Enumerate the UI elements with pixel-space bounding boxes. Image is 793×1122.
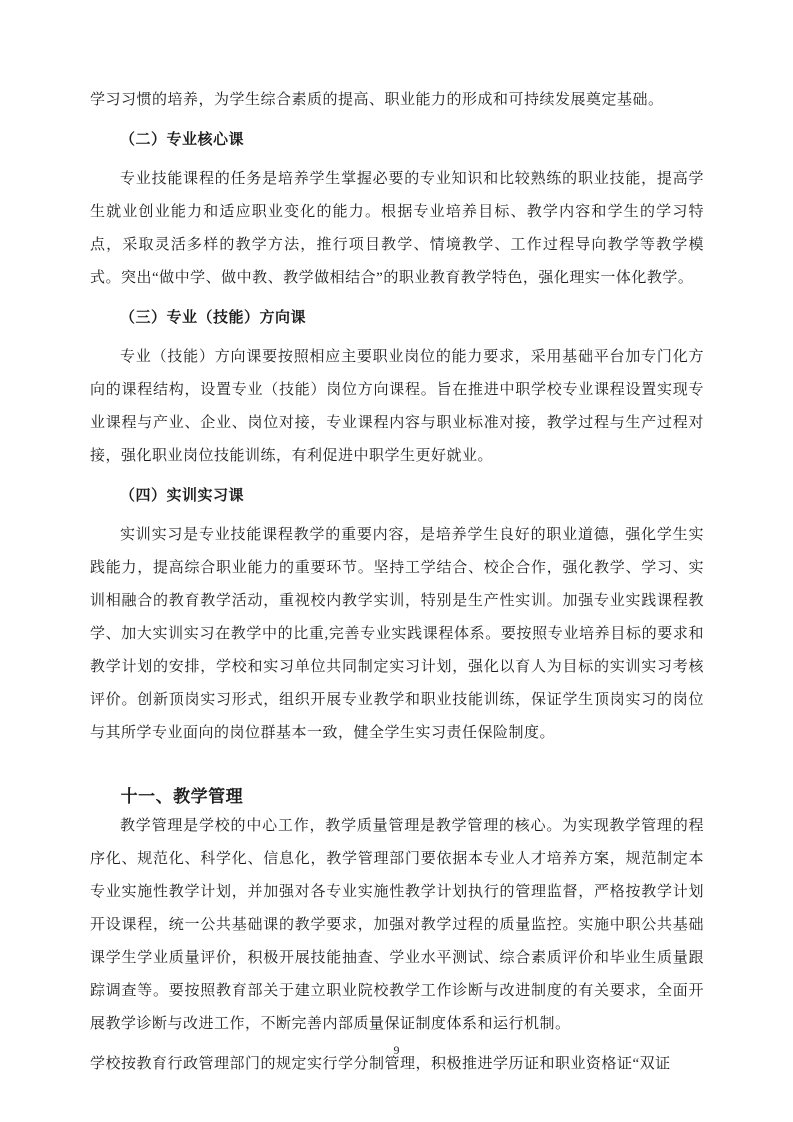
document-page: 学习习惯的培养，为学生综合素质的提高、职业能力的形成和可持续发展奠定基础。 （二… [0, 0, 793, 1122]
section-heading-skill-direction-course: （三）专业（技能）方向课 [90, 302, 704, 335]
paragraph-practice-course: 实训实习是专业技能课程教学的重要内容，是培养学生良好的职业道德，强化学生实践能力… [90, 519, 704, 750]
chapter-heading-teaching-management: 十一、教学管理 [90, 784, 704, 810]
section-heading-core-course: （二）专业核心课 [90, 124, 704, 157]
paragraph-skill-direction-course: 专业（技能）方向课要按照相应主要职业岗位的能力要求，采用基础平台加专门化方向的课… [90, 341, 704, 473]
document-content: 学习习惯的培养，为学生综合素质的提高、职业能力的形成和可持续发展奠定基础。 （二… [90, 84, 704, 1081]
paragraph-core-course: 专业技能课程的任务是培养学生掌握必要的专业知识和比较熟练的职业技能，提高学生就业… [90, 163, 704, 295]
paragraph-teaching-management: 教学管理是学校的中心工作，教学质量管理是教学管理的核心。为实现教学管理的程序化、… [90, 810, 704, 1041]
page-number: 9 [0, 1041, 793, 1059]
section-heading-practice-course: （四）实训实习课 [90, 480, 704, 513]
paragraph-continuation: 学习习惯的培养，为学生综合素质的提高、职业能力的形成和可持续发展奠定基础。 [90, 84, 704, 117]
